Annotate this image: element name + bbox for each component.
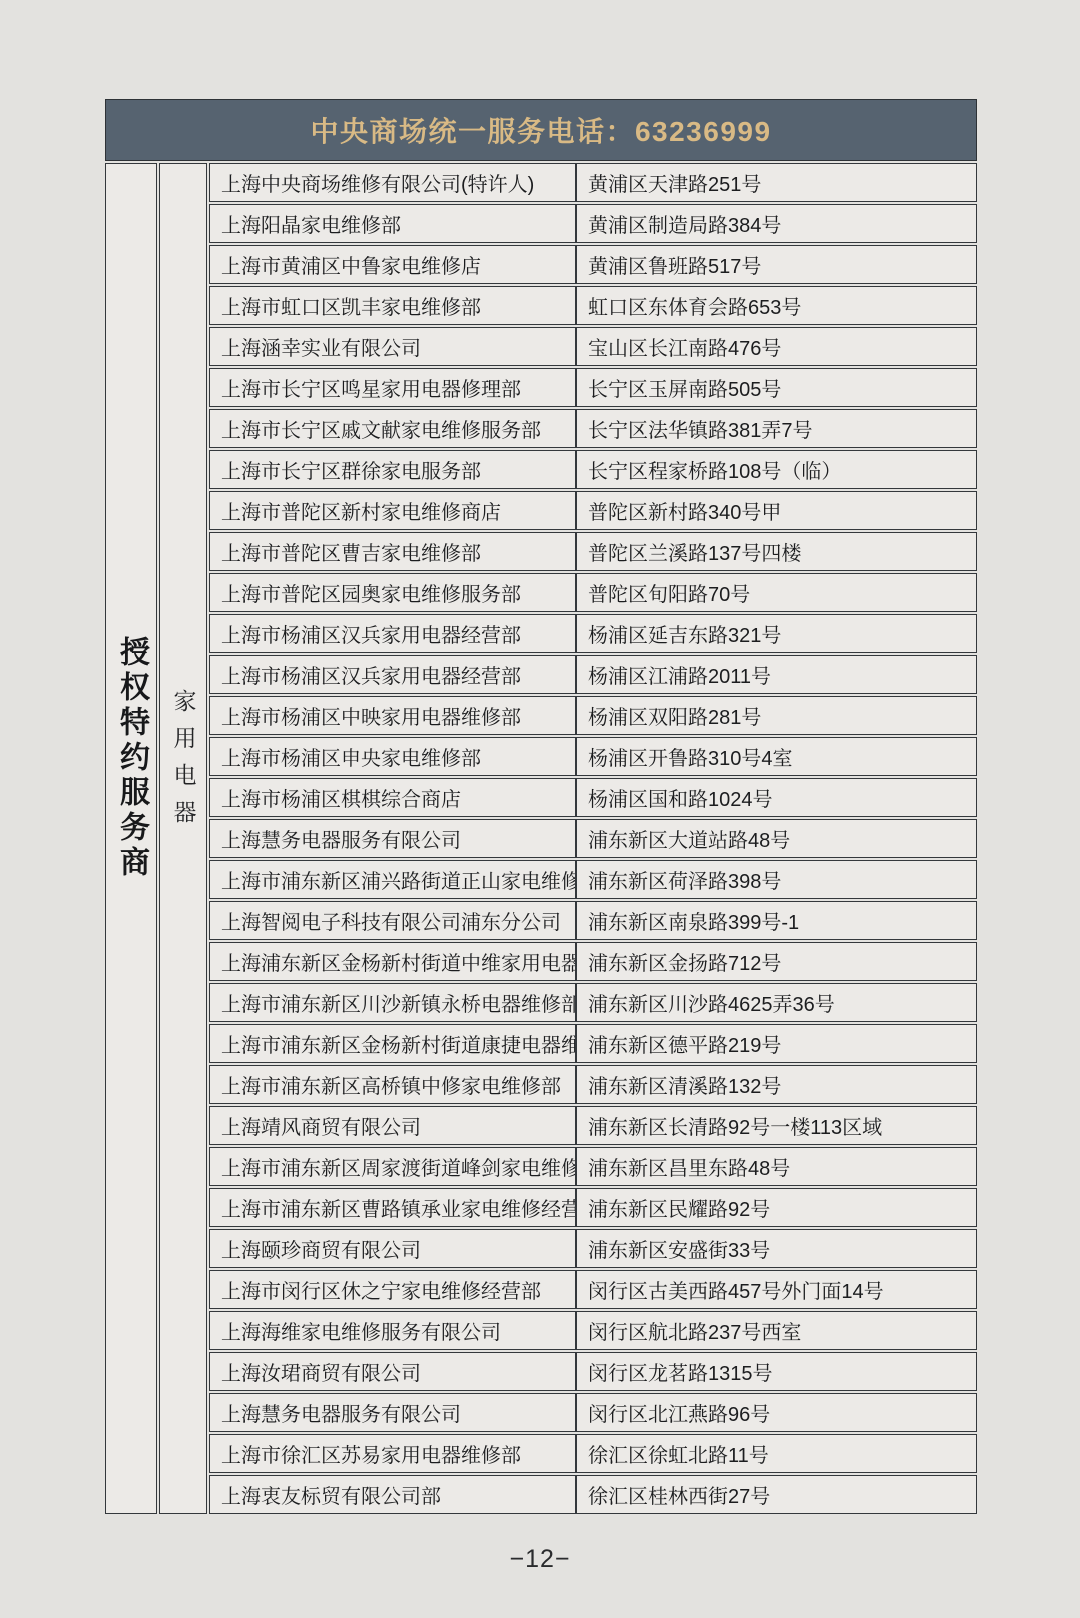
address-cell: 浦东新区德平路219号 bbox=[577, 1025, 976, 1062]
address-cell: 杨浦区开鲁路310号4室 bbox=[577, 738, 976, 775]
table-row: 上海市长宁区戚文献家电维修服务部长宁区法华镇路381弄7号 bbox=[209, 409, 977, 448]
company-cell: 上海市普陀区园奥家电维修服务部 bbox=[210, 574, 577, 611]
table-row: 上海市长宁区群徐家电服务部长宁区程家桥路108号（临） bbox=[209, 450, 977, 489]
address-cell: 黄浦区鲁班路517号 bbox=[577, 246, 976, 283]
table-row: 上海市普陀区园奥家电维修服务部普陀区旬阳路70号 bbox=[209, 573, 977, 612]
address-cell: 浦东新区长清路92号一楼113区域 bbox=[577, 1107, 976, 1144]
service-directory-table: 中央商场统一服务电话：63236999 授权特约服务商 家用电器 上海中央商场维… bbox=[105, 99, 977, 1514]
table-row: 上海颐珍商贸有限公司浦东新区安盛街33号 bbox=[209, 1229, 977, 1268]
provider-rows: 上海中央商场维修有限公司(特许人)黄浦区天津路251号上海阳晶家电维修部黄浦区制… bbox=[209, 163, 977, 1514]
company-cell: 上海市杨浦区中映家用电器维修部 bbox=[210, 697, 577, 734]
company-cell: 上海市普陀区新村家电维修商店 bbox=[210, 492, 577, 529]
address-cell: 黄浦区天津路251号 bbox=[577, 164, 976, 201]
address-cell: 杨浦区江浦路2011号 bbox=[577, 656, 976, 693]
company-cell: 上海慧务电器服务有限公司 bbox=[210, 1394, 577, 1431]
address-cell: 虹口区东体育会路653号 bbox=[577, 287, 976, 324]
table-row: 上海海维家电维修服务有限公司闵行区航北路237号西室 bbox=[209, 1311, 977, 1350]
company-cell: 上海衷友标贸有限公司部 bbox=[210, 1476, 577, 1513]
table-row: 上海汝珺商贸有限公司闵行区龙茗路1315号 bbox=[209, 1352, 977, 1391]
address-cell: 浦东新区南泉路399号-1 bbox=[577, 902, 976, 939]
table-row: 上海市普陀区新村家电维修商店普陀区新村路340号甲 bbox=[209, 491, 977, 530]
table-row: 上海市浦东新区曹路镇承业家电维修经营部浦东新区民耀路92号 bbox=[209, 1188, 977, 1227]
address-cell: 浦东新区安盛街33号 bbox=[577, 1230, 976, 1267]
company-cell: 上海海维家电维修服务有限公司 bbox=[210, 1312, 577, 1349]
address-cell: 徐汇区徐虹北路11号 bbox=[577, 1435, 976, 1472]
document-page: 中央商场统一服务电话：63236999 授权特约服务商 家用电器 上海中央商场维… bbox=[0, 0, 1080, 1618]
address-cell: 宝山区长江南路476号 bbox=[577, 328, 976, 365]
table-row: 上海市黄浦区中鲁家电维修店黄浦区鲁班路517号 bbox=[209, 245, 977, 284]
address-cell: 普陀区兰溪路137号四楼 bbox=[577, 533, 976, 570]
company-cell: 上海慧务电器服务有限公司 bbox=[210, 820, 577, 857]
company-cell: 上海市杨浦区汉兵家用电器经营部 bbox=[210, 656, 577, 693]
table-row: 上海市长宁区鸣星家用电器修理部长宁区玉屏南路505号 bbox=[209, 368, 977, 407]
table-row: 上海涵幸实业有限公司宝山区长江南路476号 bbox=[209, 327, 977, 366]
address-cell: 浦东新区大道站路48号 bbox=[577, 820, 976, 857]
table-row: 上海市闵行区休之宁家电维修经营部闵行区古美西路457号外门面14号 bbox=[209, 1270, 977, 1309]
address-cell: 闵行区航北路237号西室 bbox=[577, 1312, 976, 1349]
company-cell: 上海市普陀区曹吉家电维修部 bbox=[210, 533, 577, 570]
company-cell: 上海市黄浦区中鲁家电维修店 bbox=[210, 246, 577, 283]
company-cell: 上海涵幸实业有限公司 bbox=[210, 328, 577, 365]
table-row: 上海市杨浦区棋棋综合商店杨浦区国和路1024号 bbox=[209, 778, 977, 817]
company-cell: 上海市闵行区休之宁家电维修经营部 bbox=[210, 1271, 577, 1308]
address-cell: 杨浦区延吉东路321号 bbox=[577, 615, 976, 652]
address-cell: 杨浦区国和路1024号 bbox=[577, 779, 976, 816]
table-row: 上海市浦东新区浦兴路街道正山家电维修部浦东新区荷泽路398号 bbox=[209, 860, 977, 899]
table-row: 上海慧务电器服务有限公司闵行区北江燕路96号 bbox=[209, 1393, 977, 1432]
company-cell: 上海浦东新区金杨新村街道中维家用电器维修部 bbox=[210, 943, 577, 980]
address-cell: 长宁区玉屏南路505号 bbox=[577, 369, 976, 406]
page-number: −12− bbox=[0, 1545, 1080, 1574]
table-row: 上海市杨浦区申央家电维修部杨浦区开鲁路310号4室 bbox=[209, 737, 977, 776]
company-cell: 上海市杨浦区汉兵家用电器经营部 bbox=[210, 615, 577, 652]
table-row: 上海市浦东新区周家渡街道峰剑家电维修部浦东新区昌里东路48号 bbox=[209, 1147, 977, 1186]
table-body: 授权特约服务商 家用电器 上海中央商场维修有限公司(特许人)黄浦区天津路251号… bbox=[105, 163, 977, 1514]
company-cell: 上海市长宁区戚文献家电维修服务部 bbox=[210, 410, 577, 447]
company-cell: 上海靖风商贸有限公司 bbox=[210, 1107, 577, 1144]
category-label: 授权特约服务商 bbox=[116, 636, 146, 881]
header-bar: 中央商场统一服务电话：63236999 bbox=[105, 99, 977, 161]
table-row: 上海市浦东新区高桥镇中修家电维修部浦东新区清溪路132号 bbox=[209, 1065, 977, 1104]
address-cell: 长宁区法华镇路381弄7号 bbox=[577, 410, 976, 447]
header-title: 中央商场统一服务电话：63236999 bbox=[310, 110, 771, 150]
table-row: 上海慧务电器服务有限公司浦东新区大道站路48号 bbox=[209, 819, 977, 858]
address-cell: 长宁区程家桥路108号（临） bbox=[577, 451, 976, 488]
address-cell: 普陀区旬阳路70号 bbox=[577, 574, 976, 611]
table-row: 上海市虹口区凯丰家电维修部虹口区东体育会路653号 bbox=[209, 286, 977, 325]
address-cell: 浦东新区清溪路132号 bbox=[577, 1066, 976, 1103]
address-cell: 杨浦区双阳路281号 bbox=[577, 697, 976, 734]
company-cell: 上海市浦东新区金杨新村街道康捷电器维修部 bbox=[210, 1025, 577, 1062]
table-row: 上海中央商场维修有限公司(特许人)黄浦区天津路251号 bbox=[209, 163, 977, 202]
subcategory-label: 家用电器 bbox=[172, 689, 195, 837]
table-row: 上海衷友标贸有限公司部徐汇区桂林西街27号 bbox=[209, 1475, 977, 1514]
address-cell: 闵行区古美西路457号外门面14号 bbox=[577, 1271, 976, 1308]
company-cell: 上海市长宁区鸣星家用电器修理部 bbox=[210, 369, 577, 406]
company-cell: 上海市浦东新区周家渡街道峰剑家电维修部 bbox=[210, 1148, 577, 1185]
table-row: 上海智阅电子科技有限公司浦东分公司浦东新区南泉路399号-1 bbox=[209, 901, 977, 940]
table-row: 上海市杨浦区汉兵家用电器经营部杨浦区江浦路2011号 bbox=[209, 655, 977, 694]
address-cell: 徐汇区桂林西街27号 bbox=[577, 1476, 976, 1513]
company-cell: 上海市徐汇区苏易家用电器维修部 bbox=[210, 1435, 577, 1472]
company-cell: 上海市浦东新区浦兴路街道正山家电维修部 bbox=[210, 861, 577, 898]
subcategory-column: 家用电器 bbox=[159, 163, 207, 1514]
table-row: 上海市杨浦区汉兵家用电器经营部杨浦区延吉东路321号 bbox=[209, 614, 977, 653]
address-cell: 闵行区龙茗路1315号 bbox=[577, 1353, 976, 1390]
company-cell: 上海市长宁区群徐家电服务部 bbox=[210, 451, 577, 488]
address-cell: 闵行区北江燕路96号 bbox=[577, 1394, 976, 1431]
company-cell: 上海颐珍商贸有限公司 bbox=[210, 1230, 577, 1267]
table-row: 上海靖风商贸有限公司浦东新区长清路92号一楼113区域 bbox=[209, 1106, 977, 1145]
table-row: 上海市徐汇区苏易家用电器维修部徐汇区徐虹北路11号 bbox=[209, 1434, 977, 1473]
company-cell: 上海市杨浦区棋棋综合商店 bbox=[210, 779, 577, 816]
company-cell: 上海阳晶家电维修部 bbox=[210, 205, 577, 242]
company-cell: 上海市浦东新区曹路镇承业家电维修经营部 bbox=[210, 1189, 577, 1226]
table-row: 上海浦东新区金杨新村街道中维家用电器维修部浦东新区金扬路712号 bbox=[209, 942, 977, 981]
company-cell: 上海汝珺商贸有限公司 bbox=[210, 1353, 577, 1390]
table-row: 上海市浦东新区川沙新镇永桥电器维修部浦东新区川沙路4625弄36号 bbox=[209, 983, 977, 1022]
address-cell: 黄浦区制造局路384号 bbox=[577, 205, 976, 242]
table-row: 上海阳晶家电维修部黄浦区制造局路384号 bbox=[209, 204, 977, 243]
table-row: 上海市普陀区曹吉家电维修部普陀区兰溪路137号四楼 bbox=[209, 532, 977, 571]
company-cell: 上海市浦东新区川沙新镇永桥电器维修部 bbox=[210, 984, 577, 1021]
company-cell: 上海市虹口区凯丰家电维修部 bbox=[210, 287, 577, 324]
address-cell: 浦东新区川沙路4625弄36号 bbox=[577, 984, 976, 1021]
table-row: 上海市浦东新区金杨新村街道康捷电器维修部浦东新区德平路219号 bbox=[209, 1024, 977, 1063]
company-cell: 上海市杨浦区申央家电维修部 bbox=[210, 738, 577, 775]
address-cell: 浦东新区民耀路92号 bbox=[577, 1189, 976, 1226]
category-column: 授权特约服务商 bbox=[105, 163, 157, 1514]
address-cell: 浦东新区昌里东路48号 bbox=[577, 1148, 976, 1185]
table-row: 上海市杨浦区中映家用电器维修部杨浦区双阳路281号 bbox=[209, 696, 977, 735]
company-cell: 上海市浦东新区高桥镇中修家电维修部 bbox=[210, 1066, 577, 1103]
address-cell: 浦东新区金扬路712号 bbox=[577, 943, 976, 980]
address-cell: 浦东新区荷泽路398号 bbox=[577, 861, 976, 898]
company-cell: 上海智阅电子科技有限公司浦东分公司 bbox=[210, 902, 577, 939]
company-cell: 上海中央商场维修有限公司(特许人) bbox=[210, 164, 577, 201]
address-cell: 普陀区新村路340号甲 bbox=[577, 492, 976, 529]
